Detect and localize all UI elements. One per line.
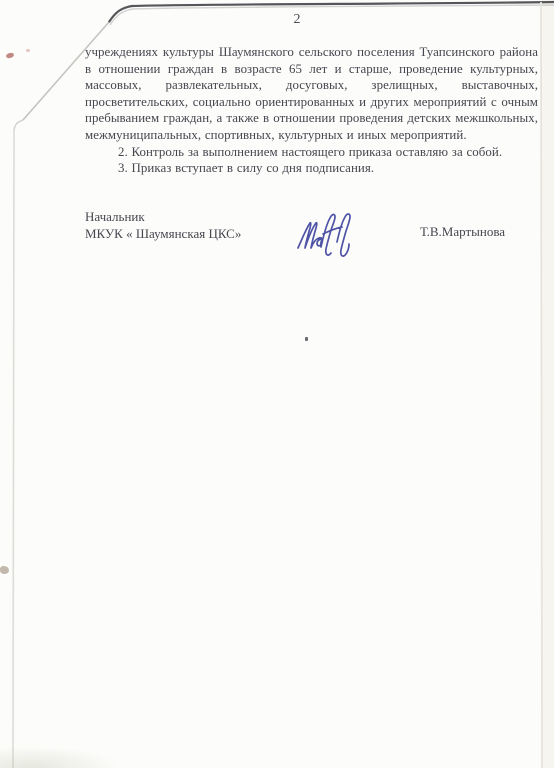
scanned-document-page: 2 учреждениях культуры Шаумянского сельс… <box>0 0 554 768</box>
scanner-shadow-tint <box>0 746 120 768</box>
order-item-2: 2. Контроль за выполнением настоящего пр… <box>85 144 538 161</box>
ink-stain-speck <box>26 49 30 52</box>
paragraph-line: пребыванием граждан, а также в отношении… <box>85 110 538 127</box>
ink-stain-speck <box>5 52 14 59</box>
paragraph-line: учреждениях культуры Шаумянского сельско… <box>85 44 538 61</box>
paragraph-line: просветительских, социально ориентирован… <box>85 94 538 111</box>
order-item-3: 3. Приказ вступает в силу со дня подписа… <box>85 160 538 177</box>
order-body-text: учреждениях культуры Шаумянского сельско… <box>85 44 538 177</box>
organization-name: МКУК « Шаумянская ЦКС» <box>85 226 241 243</box>
paragraph-line: массовых, развлекательных, досуговых, зр… <box>85 77 538 94</box>
signatory-name: Т.В.Мартынова <box>420 224 505 241</box>
signatory-post: Начальник МКУК « Шаумянская ЦКС» <box>85 209 241 242</box>
page-right-edge-strip <box>542 0 554 768</box>
signature-ink-stroke <box>298 214 350 256</box>
post-title: Начальник <box>85 209 241 226</box>
paragraph-line: межмуниципальных, спортивных, культурных… <box>85 127 538 144</box>
fold-corner-curve <box>14 120 23 132</box>
edge-stain-speck <box>0 566 9 574</box>
handwritten-signature-icon <box>295 211 371 261</box>
dust-speck <box>305 337 308 341</box>
left-edge-line <box>13 130 14 768</box>
signature-block: Начальник МКУК « Шаумянская ЦКС» Т.В.Мар… <box>85 209 538 269</box>
page-number: 2 <box>20 12 554 28</box>
paragraph-line: в отношении граждан в возрасте 65 лет и … <box>85 61 538 78</box>
